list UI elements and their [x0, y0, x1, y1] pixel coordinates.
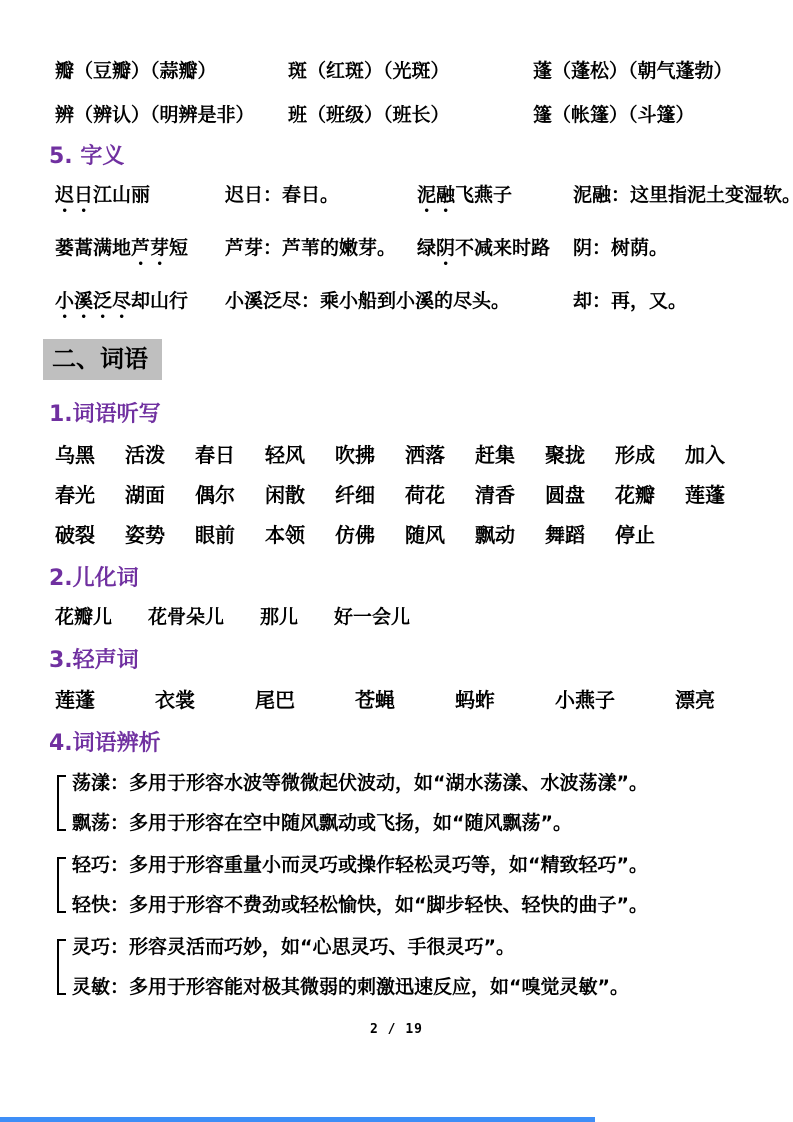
emphasized-text: 迟日: [55, 184, 93, 206]
word-item: 赶集: [475, 442, 515, 468]
word-item: 小燕子: [555, 687, 615, 713]
word-item: 苍蝇: [355, 687, 395, 713]
heading-bianxi: 4.词语辨析: [49, 731, 757, 757]
plain-text: 蒌蒿满地: [55, 237, 131, 259]
word-item: 蚂蚱: [455, 687, 495, 713]
bianxi-line: 灵敏：多用于形容能对极其微弱的刺激迅速反应，如“嗅觉灵敏”。: [72, 975, 757, 999]
word-item: 姿势: [125, 522, 165, 548]
dictation-row: 破裂姿势眼前本领仿佛随风飘动舞蹈停止: [55, 522, 757, 548]
plain-text: 却山行: [131, 290, 188, 312]
word-item: 乌黑: [55, 442, 95, 468]
heading-section-two: 二、词语: [43, 339, 757, 380]
emphasized-text: 泥融: [417, 184, 455, 206]
word-item: 破裂: [55, 522, 95, 548]
ziyi-note: 迟日：春日。: [225, 184, 417, 217]
word-item: 洒落: [405, 442, 445, 468]
ziyi-note: 小溪泛尽：乘小船到小溪的尽头。: [225, 290, 573, 323]
word-pair-cell: 篷（帐篷）（斗篷）: [533, 104, 757, 126]
word-item: 花骨朵儿: [148, 604, 224, 630]
ziyi-note: 却：再，又。: [573, 290, 793, 323]
word-item: 尾巴: [255, 687, 295, 713]
heading-erhua: 2.儿化词: [49, 566, 757, 592]
bianxi-line: 飘荡：多用于形容在空中随风飘动或飞扬，如“随风飘荡”。: [72, 811, 757, 835]
word-item: 闲散: [265, 482, 305, 508]
bianxi-pair: 荡漾：多用于形容水波等微微起伏波动，如“湖水荡漾、水波荡漾”。 飘荡：多用于形容…: [55, 771, 757, 835]
word-pair-cell: 辨（辨认）（明辨是非）: [55, 104, 288, 126]
emphasized-text: 阴: [436, 237, 455, 259]
ziyi-phrase: 蒌蒿满地芦芽短: [55, 237, 225, 270]
plain-text: 不减来时路: [455, 237, 550, 259]
emphasized-text: 小溪泛尽: [55, 290, 131, 312]
ziyi-section: 迟日江山丽 迟日：春日。 泥融飞燕子 泥融：这里指泥土变湿软。 蒌蒿满地芦芽短 …: [55, 184, 757, 323]
word-item: 聚拢: [545, 442, 585, 468]
word-pair-cell: 班（班级）（班长）: [288, 104, 533, 126]
plain-text: 芦芽：芦苇的嫩芽。: [225, 237, 396, 259]
word-item: 莲蓬: [685, 482, 725, 508]
ziyi-phrase: 绿阴不减来时路: [417, 237, 573, 270]
section-two-highlight: 二、词语: [43, 339, 162, 380]
bianxi-line: 轻巧：多用于形容重量小而灵巧或操作轻松灵巧等，如“精致轻巧”。: [72, 853, 757, 877]
page-number: 2 / 19: [0, 1022, 793, 1037]
word-item: 轻风: [265, 442, 305, 468]
word-item: 圆盘: [545, 482, 585, 508]
word-item: 春光: [55, 482, 95, 508]
word-family-section: 瓣（豆瓣）（蒜瓣） 斑（红斑）（光斑） 蓬（蓬松）（朝气蓬勃） 辨（辨认）（明辨…: [55, 60, 757, 126]
document-page: 瓣（豆瓣）（蒜瓣） 斑（红斑）（光斑） 蓬（蓬松）（朝气蓬勃） 辨（辨认）（明辨…: [0, 0, 793, 1122]
word-item: 花瓣: [615, 482, 655, 508]
bianxi-pair: 灵巧：形容灵活而巧妙，如“心思灵巧、手很灵巧”。 灵敏：多用于形容能对极其微弱的…: [55, 935, 757, 999]
bianxi-line: 荡漾：多用于形容水波等微微起伏波动，如“湖水荡漾、水波荡漾”。: [72, 771, 757, 795]
word-item: 舞蹈: [545, 522, 585, 548]
word-item: 清香: [475, 482, 515, 508]
plain-text: 迟日：春日。: [225, 184, 339, 206]
word-item: 荷花: [405, 482, 445, 508]
dictation-row: 春光湖面偶尔闲散纤细荷花清香圆盘花瓣莲蓬: [55, 482, 757, 508]
word-item: 飘动: [475, 522, 515, 548]
dictation-row: 乌黑活泼春日轻风吹拂洒落赶集聚拢形成加入: [55, 442, 757, 468]
heading-qingsheng: 3.轻声词: [49, 648, 757, 674]
plain-text: 小溪泛尽：乘小船到小溪的尽头。: [225, 290, 510, 312]
plain-text: 飞燕子: [455, 184, 512, 206]
word-item: 春日: [195, 442, 235, 468]
word-item: 随风: [405, 522, 445, 548]
plain-text: 江山丽: [93, 184, 150, 206]
word-item: 莲蓬: [55, 687, 95, 713]
ziyi-note: 芦芽：芦苇的嫩芽。: [225, 237, 417, 270]
word-item: 形成: [615, 442, 655, 468]
word-pair-cell: 蓬（蓬松）（朝气蓬勃）: [533, 60, 757, 82]
bianxi-line: 轻快：多用于形容不费劲或轻松愉快，如“脚步轻快、轻快的曲子”。: [72, 893, 757, 917]
word-pair-cell: 斑（红斑）（光斑）: [288, 60, 533, 82]
word-item: 停止: [615, 522, 655, 548]
word-item: 仿佛: [335, 522, 375, 548]
plain-text: 泥融：这里指泥土变湿软。: [573, 184, 793, 206]
erhua-row: 花瓣儿花骨朵儿那儿好一会儿: [55, 604, 757, 630]
word-item: 本领: [265, 522, 305, 548]
plain-text: 却：再，又。: [573, 290, 687, 312]
word-pair-cell: 瓣（豆瓣）（蒜瓣）: [55, 60, 288, 82]
word-item: 湖面: [125, 482, 165, 508]
plain-text: 阴：树荫。: [573, 237, 668, 259]
emphasized-text: 芦芽: [131, 237, 169, 259]
word-item: 花瓣儿: [55, 604, 112, 630]
ziyi-note: 泥融：这里指泥土变湿软。: [573, 184, 793, 217]
heading-ziyi: 5. 字义: [49, 144, 757, 170]
plain-text: 短: [169, 237, 188, 259]
plain-text: 绿: [417, 237, 436, 259]
heading-dictation: 1.词语听写: [49, 402, 757, 428]
word-item: 眼前: [195, 522, 235, 548]
bianxi-line: 灵巧：形容灵活而巧妙，如“心思灵巧、手很灵巧”。: [72, 935, 757, 959]
ziyi-phrase: 小溪泛尽却山行: [55, 290, 225, 323]
bianxi-pair: 轻巧：多用于形容重量小而灵巧或操作轻松灵巧等，如“精致轻巧”。 轻快：多用于形容…: [55, 853, 757, 917]
word-item: 那儿: [260, 604, 298, 630]
word-item: 纤细: [335, 482, 375, 508]
ziyi-note: 阴：树荫。: [573, 237, 793, 270]
word-item: 衣裳: [155, 687, 195, 713]
reading-progress-bar: [0, 1117, 595, 1122]
ziyi-phrase: 泥融飞燕子: [417, 184, 573, 217]
word-item: 偶尔: [195, 482, 235, 508]
word-item: 活泼: [125, 442, 165, 468]
word-item: 加入: [685, 442, 725, 468]
word-item: 漂亮: [675, 687, 715, 713]
word-item: 吹拂: [335, 442, 375, 468]
ziyi-phrase: 迟日江山丽: [55, 184, 225, 217]
qingsheng-row: 莲蓬衣裳尾巴苍蝇蚂蚱小燕子漂亮: [55, 687, 757, 713]
word-item: 好一会儿: [334, 604, 410, 630]
